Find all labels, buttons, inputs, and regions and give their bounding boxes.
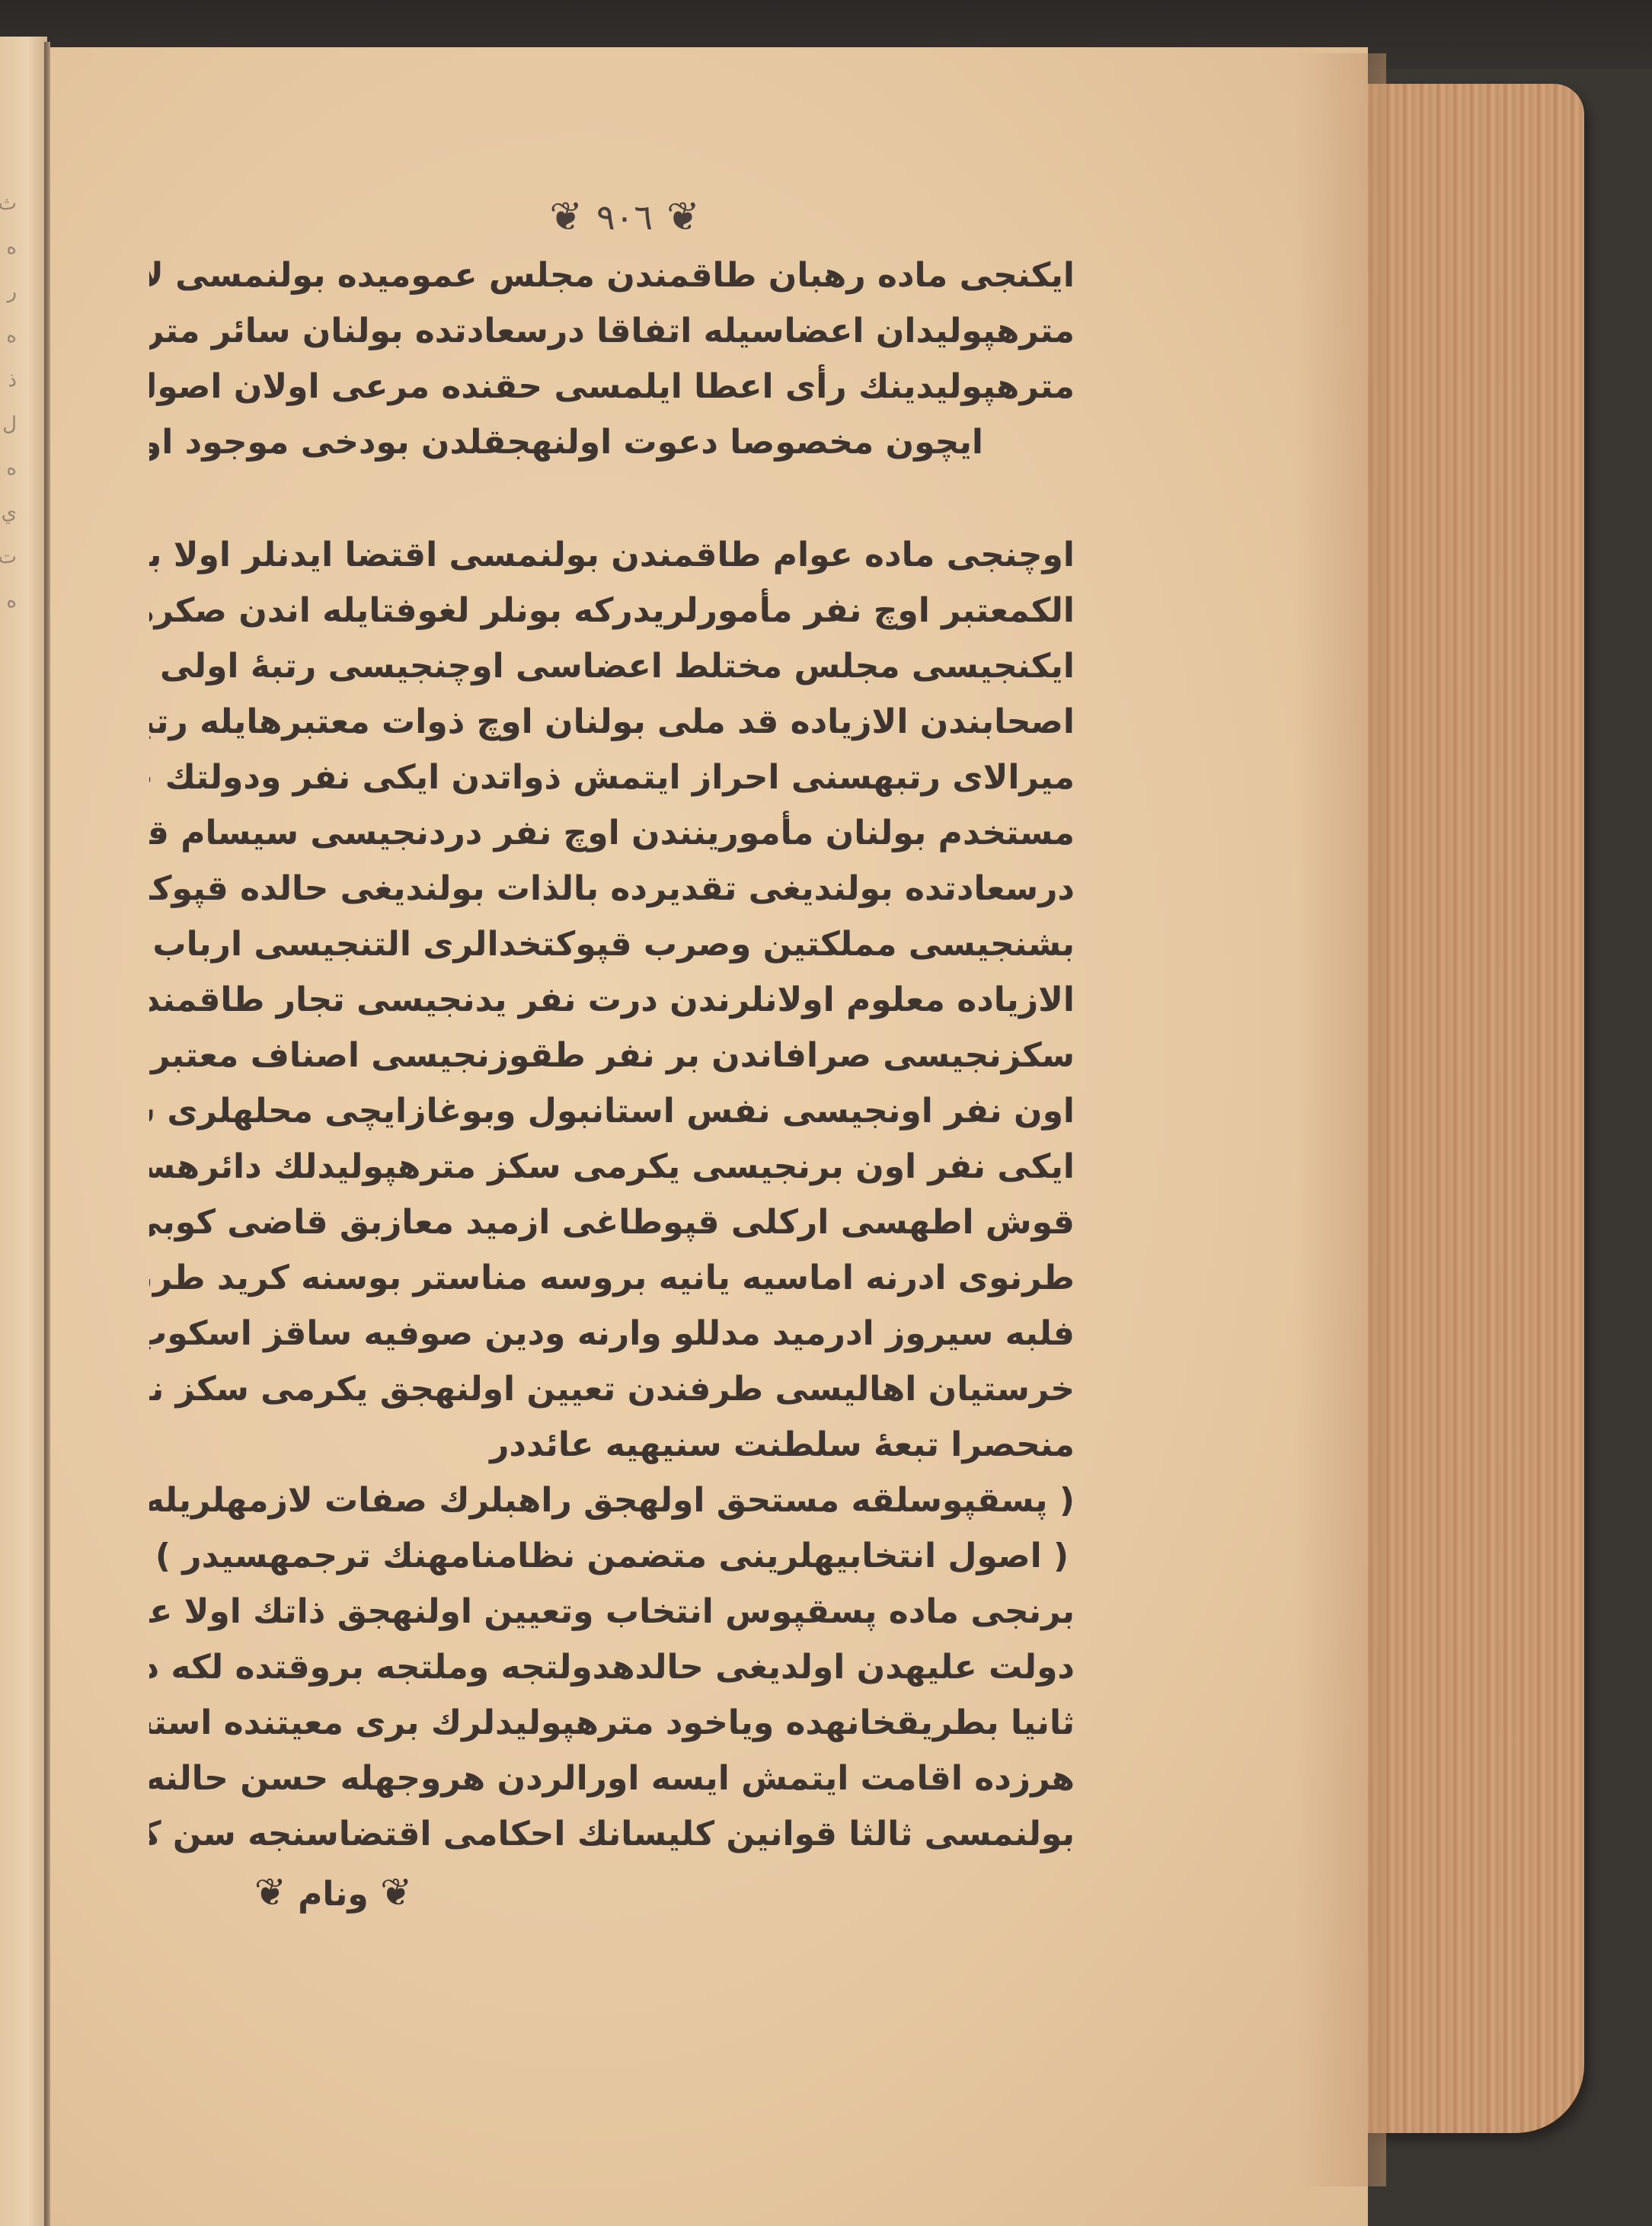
facing-page-glyph: ت [2, 535, 17, 579]
heading-line: ( پسقپوسلقه مستحق اولهجق راهبلرك صفات لا… [149, 1473, 1075, 1528]
text-line: ایکنجی ماده رهبان طاقمندن مجلس عمومیده ب… [149, 248, 1075, 303]
continuation-mark: ❦ ونام ❦ [149, 1862, 1075, 1923]
page-curl-shadow [1295, 53, 1386, 2186]
text-line: ایکنجیسی مجلس مختلط اعضاسی اوچنجیسی رتبه… [149, 638, 1075, 694]
text-line: خرستیان اهالیسی طرفندن تعیین اولنهجق یکر… [149, 1361, 1075, 1417]
facing-page-edge: ثهرهذلهيته [0, 37, 47, 2226]
text-line: دولت علیهدن اولدیغی حالدهدولتجه وملتجه ب… [149, 1639, 1075, 1695]
facing-page-glyph: ي [2, 491, 17, 535]
text-line: الکمعتبر اوچ نفر مأمورلریدرکه بونلر لغوف… [149, 583, 1075, 638]
text-line: مترهپولیدینك رأی اعطا ایلمسی حقنده مرعی … [149, 359, 1075, 414]
text-line: برنجی ماده پسقپوس انتخاب وتعیین اولنهجق … [149, 1584, 1075, 1639]
text-line: فلبه سیروز ادرمید مدللو وارنه ودین صوفیه… [149, 1306, 1075, 1361]
ornament-icon: ❦ [549, 194, 583, 240]
facing-page-glyph: ه [2, 579, 17, 623]
facing-page-glyph: ذ [2, 358, 17, 402]
text-line: ثانیا بطریقخانهده ویاخود مترهپولیدلرك بر… [149, 1695, 1075, 1751]
text-line: قوش اطهسی ارکلی قپوطاغی ازمید معازبق قاض… [149, 1195, 1075, 1250]
page-number: ٩٠٦ [596, 197, 653, 238]
text-line: ایکی نفر اون برنجیسی یکرمی سکز مترهپولید… [149, 1139, 1075, 1195]
facing-page-glyph: ه [2, 446, 17, 491]
facing-page-glyph: ه [2, 225, 17, 270]
text-line: مترهپولیدان اعضاسیله اتفاقا درسعادتده بو… [149, 303, 1075, 359]
text-line: اصحابندن الازیاده قد ملی بولنان اوچ ذوات… [149, 694, 1075, 750]
section-heading: ( پسقپوسلقه مستحق اولهجق راهبلرك صفات لا… [149, 1473, 1075, 1584]
text-line: الازیاده معلوم اولانلرندن درت نفر یدنجیس… [149, 972, 1075, 1028]
article-2: ایکنجی ماده رهبان طاقمندن مجلس عمومیده ب… [149, 248, 1075, 470]
text-line: طرنوی ادرنه اماسیه یانیه بروسه مناستر بو… [149, 1250, 1075, 1306]
book-gutter [44, 42, 50, 2226]
text-line: بولنمسی ثالثا قوانین کلیسانك احکامی اقتض… [149, 1806, 1075, 1862]
heading-line: ( اصول انتخابیهلرینی متضمن نظامنامهنك تر… [149, 1528, 1075, 1584]
text-line: بشنجیسی مملکتین وصرب قپوکتخدالری التنجیس… [149, 916, 1075, 972]
facing-page-glyph: ه [2, 314, 17, 358]
text-line: ایچون مخصوصا دعوت اولنهجقلدن بودخی موجود… [149, 414, 1075, 470]
text-line: درسعادتده بولندیغی تقدیرده بالذات بولندی… [149, 861, 1075, 916]
text-line: میرالای رتبهسنی احراز ایتمش ذواتدن ایکی … [149, 750, 1075, 805]
ornament-icon: ❦ [666, 194, 700, 240]
text-line: سکزنجیسی صرافاندن بر نفر طقوزنجیسی اصناف… [149, 1028, 1075, 1083]
page-body: ایکنجی ماده رهبان طاقمندن مجلس عمومیده ب… [149, 248, 1075, 1923]
page-stack-edges [1363, 84, 1584, 2133]
text-line: مستخدم بولنان مأمورینندن اوچ نفر دردنجیس… [149, 805, 1075, 861]
article-1: برنجی ماده پسقپوس انتخاب وتعیین اولنهجق … [149, 1584, 1075, 1862]
facing-page-glyph: ل [2, 402, 17, 446]
facing-page-glyphs: ثهرهذلهيته [2, 181, 17, 623]
text-line: اون نفر اونجیسی نفس استانبول وبوغازایچی … [149, 1083, 1075, 1139]
text-line: منحصرا تبعهٔ سلطنت سنیهیه عائددر [149, 1417, 1075, 1473]
article-3: اوچنجی ماده عوام طاقمندن بولنمسی اقتضا ا… [149, 527, 1075, 1473]
ornament-icon: ❦ [254, 1870, 286, 1914]
page-header: ❦ ٩٠٦ ❦ [533, 190, 716, 244]
facing-page-glyph: ر [2, 270, 17, 314]
ornament-icon: ❦ [380, 1870, 412, 1914]
facing-page-glyph: ث [2, 181, 17, 225]
continuation-text: ونام [298, 1875, 369, 1914]
text-line: هرزده اقامت ایتمش ایسه اورالردن هروجهله … [149, 1751, 1075, 1806]
text-line: اوچنجی ماده عوام طاقمندن بولنمسی اقتضا ا… [149, 527, 1075, 583]
